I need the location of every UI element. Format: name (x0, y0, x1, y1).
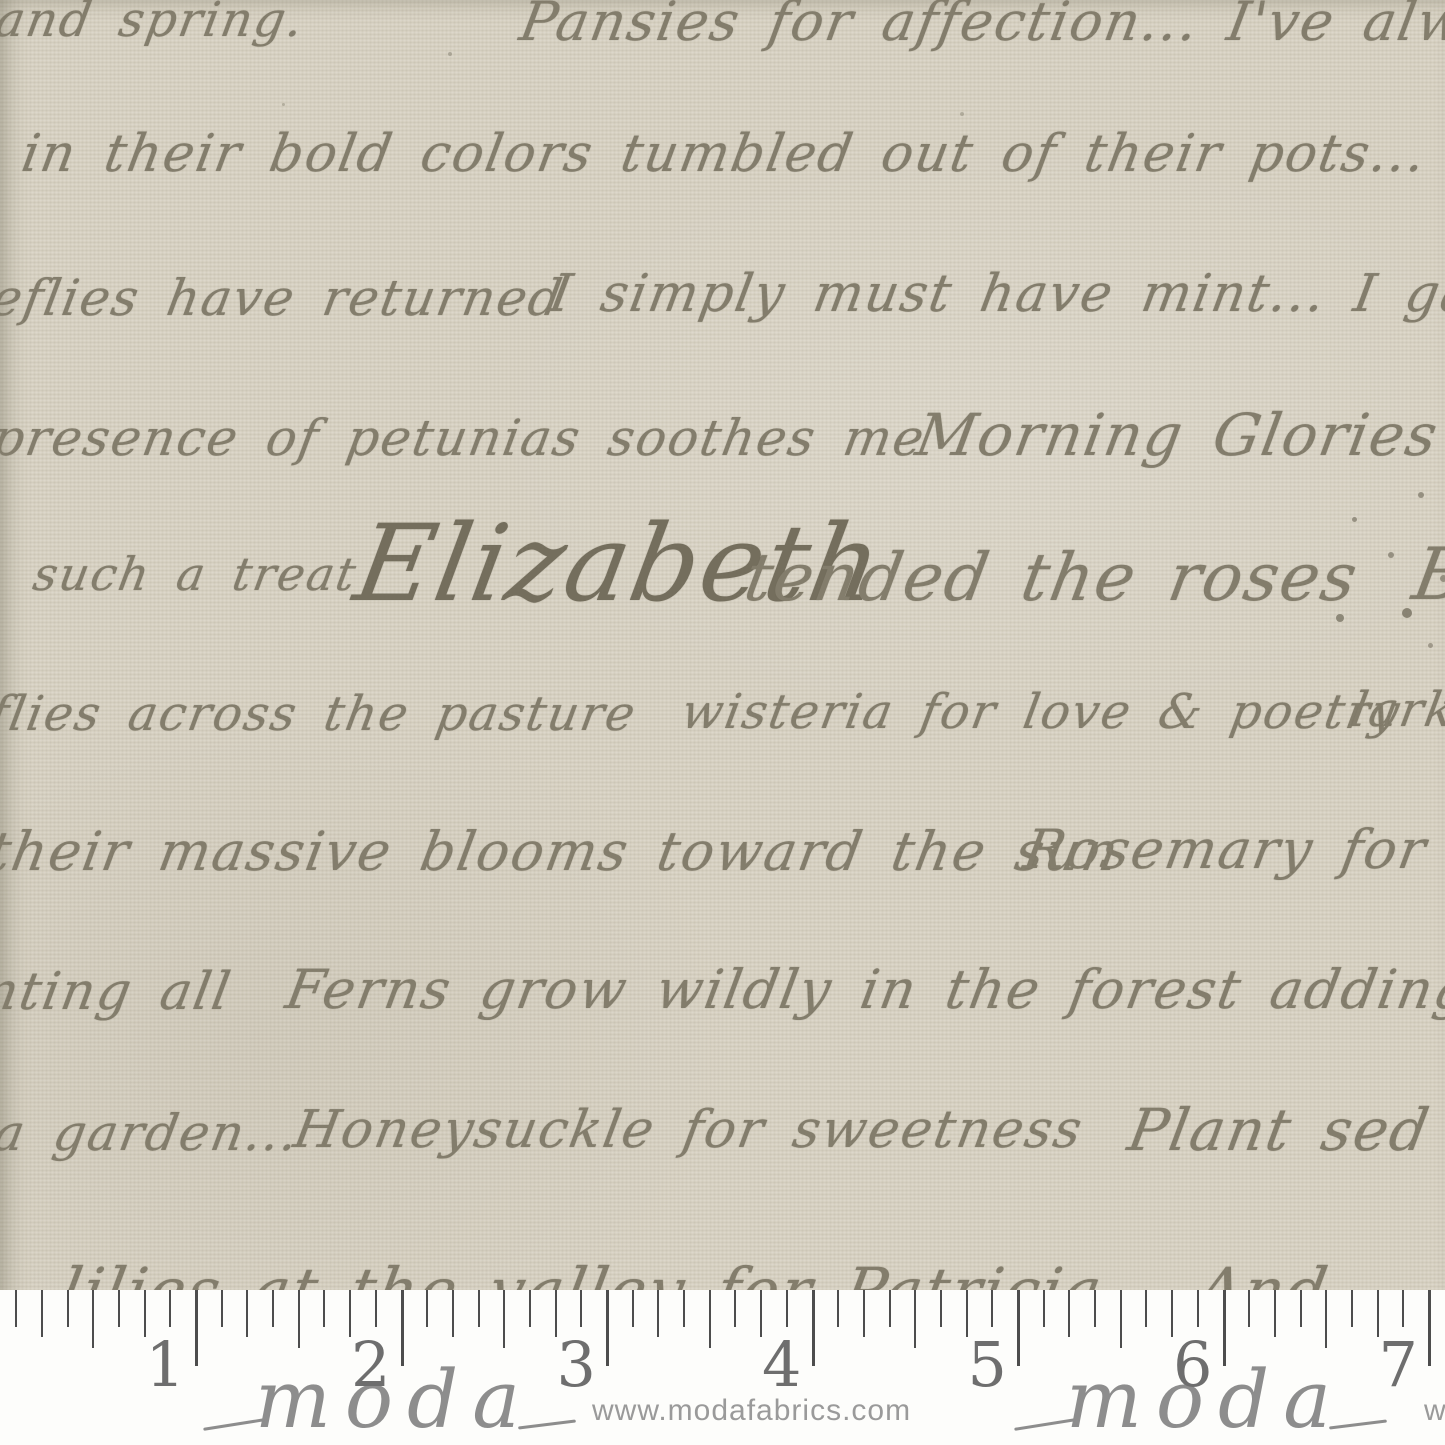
ruler-tick (298, 1290, 300, 1348)
fabric-script-line-5: B (1408, 538, 1445, 610)
ruler-tick (1248, 1290, 1250, 1327)
ruler-number-2: 2 (343, 1334, 391, 1396)
ruler-tick (889, 1290, 891, 1327)
ink-speckle (1418, 492, 1424, 498)
fabric-script-line-4: presence of petunias soothes me (0, 413, 930, 463)
ruler-tick (1094, 1290, 1096, 1327)
ruler-tick (1402, 1290, 1404, 1327)
ruler-tick (246, 1290, 248, 1337)
fabric: and spring.Pansies for affection... I've… (0, 0, 1445, 1445)
ruler-tick (478, 1290, 480, 1327)
ruler-tick (786, 1290, 788, 1327)
fabric-script-line-3: I simply must have mint... I gathe (546, 268, 1445, 320)
ruler-tick (709, 1290, 711, 1348)
fabric-script-line-6: flies across the pasture (0, 690, 640, 738)
ruler-number-5: 5 (959, 1334, 1007, 1396)
fabric-script-line-9: a garden... (0, 1108, 304, 1158)
ruler-tick (503, 1290, 505, 1348)
ink-speckle (1440, 575, 1445, 582)
ink-speckle (1336, 614, 1344, 622)
ink-speckle (448, 52, 452, 56)
ruler-tick (632, 1290, 634, 1327)
ruler-tick (41, 1290, 43, 1337)
ruler-tick (914, 1290, 916, 1348)
ruler-tick (529, 1290, 531, 1327)
ruler-tick (1223, 1290, 1226, 1366)
fabric-script-line-5: tended the roses (740, 545, 1363, 611)
ruler-tick (812, 1290, 815, 1366)
fabric-script-line-1: Pansies for affection... I've always (516, 0, 1445, 49)
moda-logo: moda (255, 1360, 534, 1440)
ruler-tick (657, 1290, 659, 1337)
ink-speckle (1352, 517, 1357, 522)
ruler-tick (1017, 1290, 1020, 1366)
moda-url: www.modafabrics.com (592, 1396, 911, 1426)
ink-speckle (1402, 608, 1412, 618)
fabric-script-line-5: such a treat (30, 551, 361, 597)
fabric-script-line-8: Ferns grow wildly in the forest adding t… (282, 963, 1445, 1017)
ruler-tick (1300, 1290, 1302, 1327)
ruler-tick (1145, 1290, 1147, 1327)
ruler-tick (15, 1290, 17, 1327)
fabric-script-line-7: their massive blooms toward the sun (0, 825, 1124, 879)
fabric-swatch-photo: and spring.Pansies for affection... I've… (0, 0, 1445, 1445)
fabric-script-line-7: Rosemary for re (1020, 823, 1445, 877)
fabric-script-line-1: and spring. (0, 0, 309, 44)
ruler-tick (1325, 1290, 1327, 1348)
ink-speckle (1428, 643, 1433, 648)
ruler-tick (67, 1290, 69, 1327)
ruler-tick (991, 1290, 993, 1327)
ruler-tick (401, 1290, 404, 1366)
ruler-tick (118, 1290, 120, 1327)
ruler-tick (92, 1290, 94, 1348)
fabric-script-line-2: in their bold colors tumbled out of thei… (18, 128, 1445, 180)
fabric-script-line-4: Morning Glories (912, 406, 1443, 464)
ink-speckle (1388, 552, 1394, 558)
fabric-script-line-8: nting all (0, 966, 236, 1018)
ruler-tick (1274, 1290, 1276, 1337)
ruler-tick (221, 1290, 223, 1327)
ruler-tick (1120, 1290, 1122, 1348)
ruler-tick (426, 1290, 428, 1327)
ruler-number-4: 4 (754, 1334, 802, 1396)
ruler-tick (863, 1290, 865, 1337)
moda-url-fragment: w (1424, 1396, 1445, 1426)
ruler-tick (452, 1290, 454, 1337)
ruler-tick (169, 1290, 171, 1327)
ruler-tick (195, 1290, 198, 1366)
ruler-tick (1043, 1290, 1045, 1327)
ruler-tick (580, 1290, 582, 1327)
fabric-script-line-3: eflies have returned (0, 273, 567, 323)
ruler-tick (375, 1290, 377, 1327)
ruler: moda www.modafabrics.com moda w 1234567 (0, 1290, 1445, 1445)
ruler-tick (1428, 1290, 1431, 1366)
ruler-number-7: 7 (1370, 1334, 1418, 1396)
ruler-tick (837, 1290, 839, 1327)
fabric-script-line-9: Honeysuckle for sweetness (290, 1104, 1087, 1156)
fabric-script-line-6: lark (1348, 686, 1445, 734)
ruler-tick (1351, 1290, 1353, 1327)
ruler-number-1: 1 (137, 1334, 185, 1396)
ruler-number-6: 6 (1165, 1334, 1213, 1396)
ruler-tick (1197, 1290, 1199, 1327)
ruler-tick (683, 1290, 685, 1327)
ink-speckle (282, 103, 285, 106)
ruler-number-3: 3 (548, 1334, 596, 1396)
ruler-tick (1068, 1290, 1070, 1337)
ink-speckle (960, 112, 964, 116)
ruler-tick (734, 1290, 736, 1327)
ruler-tick (272, 1290, 274, 1327)
ruler-tick (323, 1290, 325, 1327)
ruler-tick (940, 1290, 942, 1327)
ruler-tick (606, 1290, 609, 1366)
fabric-script-line-6: wisteria for love & poetry (678, 688, 1405, 736)
fabric-script-line-9: Plant sed (1124, 1101, 1435, 1159)
